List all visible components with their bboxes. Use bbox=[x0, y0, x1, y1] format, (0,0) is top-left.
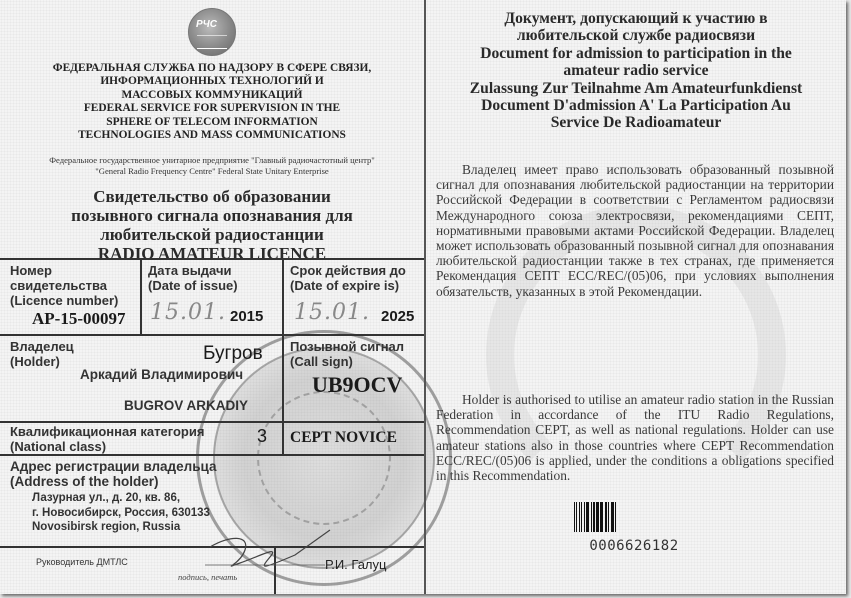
address-label: Адрес регистрации владельца (Address of … bbox=[10, 459, 216, 489]
holder-label: Владелец (Holder) bbox=[10, 339, 74, 369]
issue-year: 2015 bbox=[230, 308, 263, 325]
title-ru-line: любительской службе радиосвязи bbox=[434, 27, 838, 44]
label-ru: Срок действия до bbox=[290, 263, 406, 278]
agency-en-line: FEDERAL SERVICE FOR SUPERVISION IN THE bbox=[10, 102, 414, 115]
label-en: (Date of expire is) bbox=[290, 278, 406, 293]
agency-ru-line: МАССОВЫХ КОММУНИКАЦИЙ bbox=[10, 89, 414, 102]
address-value: Лазурная ул., д. 20, кв. 86, г. Новосиби… bbox=[32, 491, 210, 535]
agency-header: ФЕДЕРАЛЬНАЯ СЛУЖБА ПО НАДЗОРУ В СФЕРЕ СВ… bbox=[10, 62, 414, 142]
label-en: (Licence number) bbox=[10, 293, 118, 308]
label-en: (National class) bbox=[10, 439, 204, 454]
enterprise-en: "General Radio Frequency Centre" Federal… bbox=[8, 166, 416, 177]
rchs-logo-icon: РЧС bbox=[188, 8, 236, 56]
label-ru: Владелец bbox=[10, 339, 74, 354]
title-fr-line: Service De Radioamateur bbox=[434, 114, 838, 131]
certificate-title: Свидетельство об образовании позывного с… bbox=[10, 187, 414, 263]
title-en-line: Document for admission to participation … bbox=[434, 45, 838, 62]
agency-en-line: TECHNOLOGIES AND MASS COMMUNICATIONS bbox=[10, 129, 414, 142]
date-of-issue-label: Дата выдачи (Date of issue) bbox=[148, 263, 238, 293]
issue-day-month-handwritten: 15.01. bbox=[150, 300, 226, 325]
label-en: (Holder) bbox=[10, 354, 74, 369]
label-ru: свидетельства bbox=[10, 278, 118, 293]
table-divider bbox=[0, 454, 424, 456]
signature-caption: подпись, печать bbox=[178, 572, 237, 582]
expire-day-month-handwritten: 15.01. bbox=[294, 300, 370, 325]
barcode-number: 0006626182 bbox=[574, 538, 694, 554]
label-ru: Квалификационная категория bbox=[10, 424, 204, 439]
enterprise-name: Федеральное государственное унитарное пр… bbox=[8, 155, 416, 176]
table-divider bbox=[0, 258, 424, 260]
title-fr-line: Document D'admission A' La Participation… bbox=[434, 97, 838, 114]
title-en-line: amateur radio service bbox=[434, 62, 838, 79]
admission-document-title: Документ, допускающий к участию в любите… bbox=[434, 10, 838, 132]
table-divider bbox=[282, 258, 284, 454]
date-of-expire-label: Срок действия до (Date of expire is) bbox=[290, 263, 406, 293]
national-class-label: Квалификационная категория (National cla… bbox=[10, 424, 204, 454]
label-ru: Адрес регистрации владельца bbox=[10, 459, 216, 474]
address-line: г. Новосибирск, Россия, 630133 bbox=[32, 506, 210, 521]
logo-text: РЧС bbox=[196, 19, 217, 30]
barcode-icon bbox=[574, 502, 694, 532]
signatory-position: Руководитель ДМТЛС bbox=[36, 557, 128, 567]
expire-year: 2025 bbox=[381, 308, 414, 325]
licence-number-value: AP-15-00097 bbox=[32, 309, 125, 329]
label-en: (Date of issue) bbox=[148, 278, 238, 293]
left-page: РЧС ФЕДЕРАЛЬНАЯ СЛУЖБА ПО НАДЗОРУ В СФЕР… bbox=[0, 0, 424, 594]
label-ru: Дата выдачи bbox=[148, 263, 238, 278]
call-sign-label: Позывной сигнал (Call sign) bbox=[290, 339, 404, 369]
title-ru-line: любительской радиостанции bbox=[10, 225, 414, 244]
table-divider bbox=[0, 421, 424, 423]
radio-amateur-licence-document: РЧС ФЕДЕРАЛЬНАЯ СЛУЖБА ПО НАДЗОРУ В СФЕР… bbox=[0, 0, 846, 594]
table-divider bbox=[140, 258, 142, 334]
signatory-name: Р.И. Галуц bbox=[325, 557, 386, 572]
title-ru-line: позывного сигнала опознавания для bbox=[10, 206, 414, 225]
rights-paragraph-en: Holder is authorised to utilise an amate… bbox=[436, 392, 834, 483]
label-ru: Номер bbox=[10, 263, 118, 278]
title-en: RADIO AMATEUR LICENCE bbox=[10, 244, 414, 263]
title-ru-line: Документ, допускающий к участию в bbox=[434, 10, 838, 27]
table-divider bbox=[0, 334, 424, 336]
call-sign-value: UB9OCV bbox=[312, 372, 402, 398]
agency-ru-line: ФЕДЕРАЛЬНАЯ СЛУЖБА ПО НАДЗОРУ В СФЕРЕ СВ… bbox=[10, 62, 414, 75]
holder-name-en: BUGROV ARKADIY bbox=[124, 398, 248, 413]
handwritten-signature-icon bbox=[200, 515, 340, 575]
label-en: (Call sign) bbox=[290, 354, 404, 369]
enterprise-ru: Федеральное государственное унитарное пр… bbox=[8, 155, 416, 166]
national-class-value: 3 bbox=[257, 426, 267, 447]
agency-ru-line: ИНФОРМАЦИОННЫХ ТЕХНОЛОГИЙ И bbox=[10, 75, 414, 88]
rights-paragraph-ru: Владелец имеет право использовать образо… bbox=[436, 162, 834, 299]
agency-en-line: SPHERE OF TELECOM INFORMATION bbox=[10, 116, 414, 129]
right-page: Документ, допускающий к участию в любите… bbox=[426, 0, 846, 594]
title-de-line: Zulassung Zur Teilnahme Am Amateurfunkdi… bbox=[434, 80, 838, 97]
label-en: (Address of the holder) bbox=[10, 474, 216, 489]
holder-name-ru: Аркадий Владимирович bbox=[80, 367, 243, 382]
holder-surname-ru: Бугров bbox=[203, 343, 263, 365]
cept-class-value: CEPT NOVICE bbox=[290, 429, 397, 447]
title-ru-line: Свидетельство об образовании bbox=[10, 187, 414, 206]
address-line: Лазурная ул., д. 20, кв. 86, bbox=[32, 491, 210, 506]
licence-number-label: Номер свидетельства (Licence number) bbox=[10, 263, 118, 308]
address-line: Novosibirsk region, Russia bbox=[32, 520, 210, 535]
label-ru: Позывной сигнал bbox=[290, 339, 404, 354]
